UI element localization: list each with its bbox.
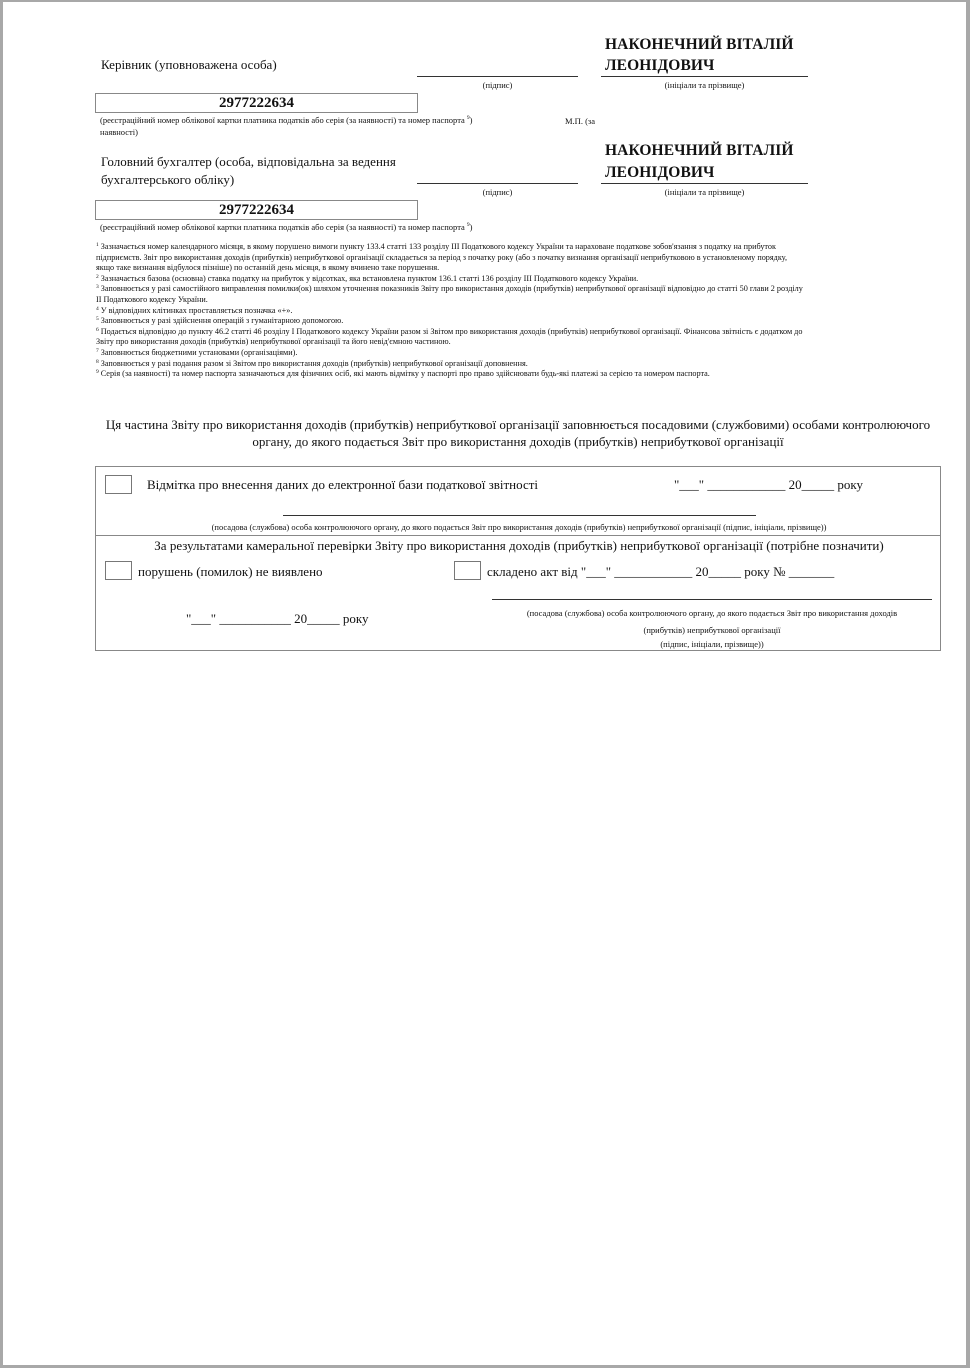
footnote-7: 7Заповнюється бюджетними установами (орг… xyxy=(96,348,946,359)
no-violations-label: порушень (помилок) не виявлено xyxy=(138,563,323,580)
footnote-6: 6Подається відповідно до пункту 46.2 ста… xyxy=(96,327,946,338)
footnote-4: 4У відповідних клітинках проставляється … xyxy=(96,306,946,317)
director-tax-id-caption-cont: наявності) xyxy=(100,127,138,138)
footnote-number: 7 xyxy=(96,348,99,354)
audit-official-caption-line2: (прибутків) неприбуткової організації xyxy=(492,625,932,636)
footnotes: 1Зазначається номер календарного місяця,… xyxy=(96,242,946,380)
accountant-name-caption: (ініціали та прізвище) xyxy=(601,187,808,198)
accountant-role-label-line2: бухгалтерського обліку) xyxy=(101,171,234,188)
electronic-db-label: Відмітка про внесення даних до електронн… xyxy=(147,476,538,493)
director-tax-id-caption: (реєстраційний номер облікової картки пл… xyxy=(100,115,473,126)
footnote-number: 3 xyxy=(96,284,99,290)
stamp-label: М.П. (за xyxy=(565,116,595,127)
footnote-5: 5Заповнюється у разі здійснення операцій… xyxy=(96,316,946,327)
director-signature-line[interactable] xyxy=(417,76,578,77)
footnote-number: 2 xyxy=(96,274,99,280)
accountant-signature-caption: (підпис) xyxy=(417,187,578,198)
accountant-signature-line[interactable] xyxy=(417,183,578,184)
accountant-tax-id-caption: (реєстраційний номер облікової картки пл… xyxy=(100,222,473,233)
accountant-tax-id-field[interactable]: 2977222634 xyxy=(95,200,418,220)
director-tax-id-field[interactable]: 2977222634 xyxy=(95,93,418,113)
audit-heading: За результатами камеральної перевірки Зв… xyxy=(96,537,942,554)
footnote-number: 9 xyxy=(96,369,99,375)
director-role-label: Керівник (уповноважена особа) xyxy=(101,56,277,73)
footnote-number: 8 xyxy=(96,359,99,365)
footnote-8: 8Заповнюється у разі подання разом зі Зв… xyxy=(96,359,946,370)
accountant-name-line1: НАКОНЕЧНИЙ ВІТАЛІЙ xyxy=(605,140,794,162)
footnote-3: 3Заповнюється у разі самостійного виправ… xyxy=(96,284,946,295)
audit-official-caption-line3: (підпис, ініціали, прізвище)) xyxy=(492,639,932,650)
electronic-db-date[interactable]: "___" ____________ 20_____ року xyxy=(674,476,863,493)
director-name-line1: НАКОНЕЧНИЙ ВІТАЛІЙ xyxy=(605,34,794,56)
footnote-9: 9Серія (за наявності) та номер паспорта … xyxy=(96,369,946,380)
accountant-name-line2: ЛЕОНІДОВИЧ xyxy=(605,162,715,184)
footnote-1: 1Зазначається номер календарного місяця,… xyxy=(96,242,946,253)
audit-date[interactable]: "___" ___________ 20_____ року xyxy=(186,610,369,627)
footnote-1-cont: якщо таке визнання відбулося пізніше) по… xyxy=(96,263,946,274)
footnote-3-cont: ІІ Податкового кодексу України. xyxy=(96,295,946,306)
electronic-db-official-caption: (посадова (службова) особа контролюючого… xyxy=(96,522,942,533)
tax-authority-box: Відмітка про внесення даних до електронн… xyxy=(95,466,941,651)
accountant-name-line xyxy=(601,183,808,184)
footnote-number: 4 xyxy=(96,306,99,312)
footnote-2: 2Зазначається базова (основна) ставка по… xyxy=(96,274,946,285)
electronic-db-checkbox[interactable] xyxy=(105,475,132,494)
director-name-line2: ЛЕОНІДОВИЧ xyxy=(605,55,715,77)
footnote-6-cont: Звіту про використання доходів (прибуткі… xyxy=(96,337,946,348)
electronic-db-official-line[interactable] xyxy=(283,515,756,516)
director-signature-caption: (підпис) xyxy=(417,80,578,91)
act-drawn-label[interactable]: складено акт від "___" ____________ 20__… xyxy=(487,563,834,580)
footnote-number: 1 xyxy=(96,242,99,248)
footnote-number: 6 xyxy=(96,327,99,333)
accountant-role-label-line1: Головний бухгалтер (особа, відповідальна… xyxy=(101,153,396,170)
act-drawn-checkbox[interactable] xyxy=(454,561,481,580)
footnote-number: 5 xyxy=(96,316,99,322)
audit-official-caption-line1: (посадова (службова) особа контролюючого… xyxy=(492,608,932,619)
no-violations-checkbox[interactable] xyxy=(105,561,132,580)
section-divider xyxy=(96,535,940,536)
director-name-line xyxy=(601,76,808,77)
audit-official-line[interactable] xyxy=(492,599,932,600)
footnote-1-cont: підприємств. Звіт про використання доход… xyxy=(96,253,946,264)
authority-section-title: Ця частина Звіту про використання доході… xyxy=(95,416,941,450)
director-name-caption: (ініціали та прізвище) xyxy=(601,80,808,91)
